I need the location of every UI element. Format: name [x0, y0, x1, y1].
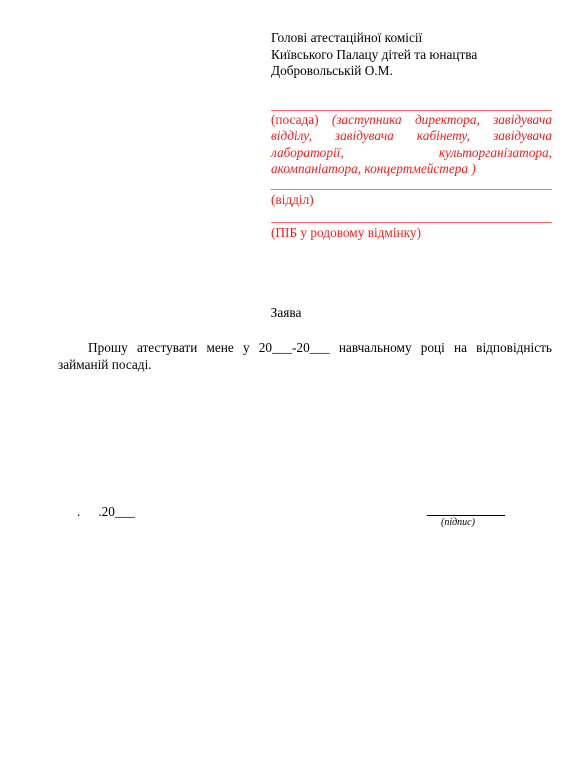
position-field: (посада) (заступника директора, завідува… — [271, 112, 552, 177]
addressee-line: Київського Палацу дітей та юнацтва — [271, 47, 477, 64]
addressee-line: Голові атестаційної комісії — [271, 30, 477, 47]
addressee-block: Голові атестаційної комісії Київського П… — [271, 30, 477, 80]
date-prefix: . — [77, 504, 80, 519]
position-label: (посада) — [271, 112, 319, 127]
date-field: ..20___ — [77, 504, 135, 520]
document-title: Заява — [0, 305, 572, 321]
name-label: (ПІБ у родовому відмінку) — [271, 225, 421, 241]
date-value: .20___ — [98, 504, 135, 519]
department-underline[interactable] — [271, 189, 552, 190]
signature-caption: (підпис) — [441, 517, 475, 528]
signature-line[interactable] — [427, 515, 505, 516]
document-body: Прошу атестувати мене у 20___-20___ навч… — [58, 340, 552, 373]
addressee-line: Добровольській О.М. — [271, 63, 477, 80]
department-label: (відділ) — [271, 192, 314, 208]
position-underline[interactable] — [271, 110, 552, 111]
name-underline[interactable] — [271, 222, 552, 223]
